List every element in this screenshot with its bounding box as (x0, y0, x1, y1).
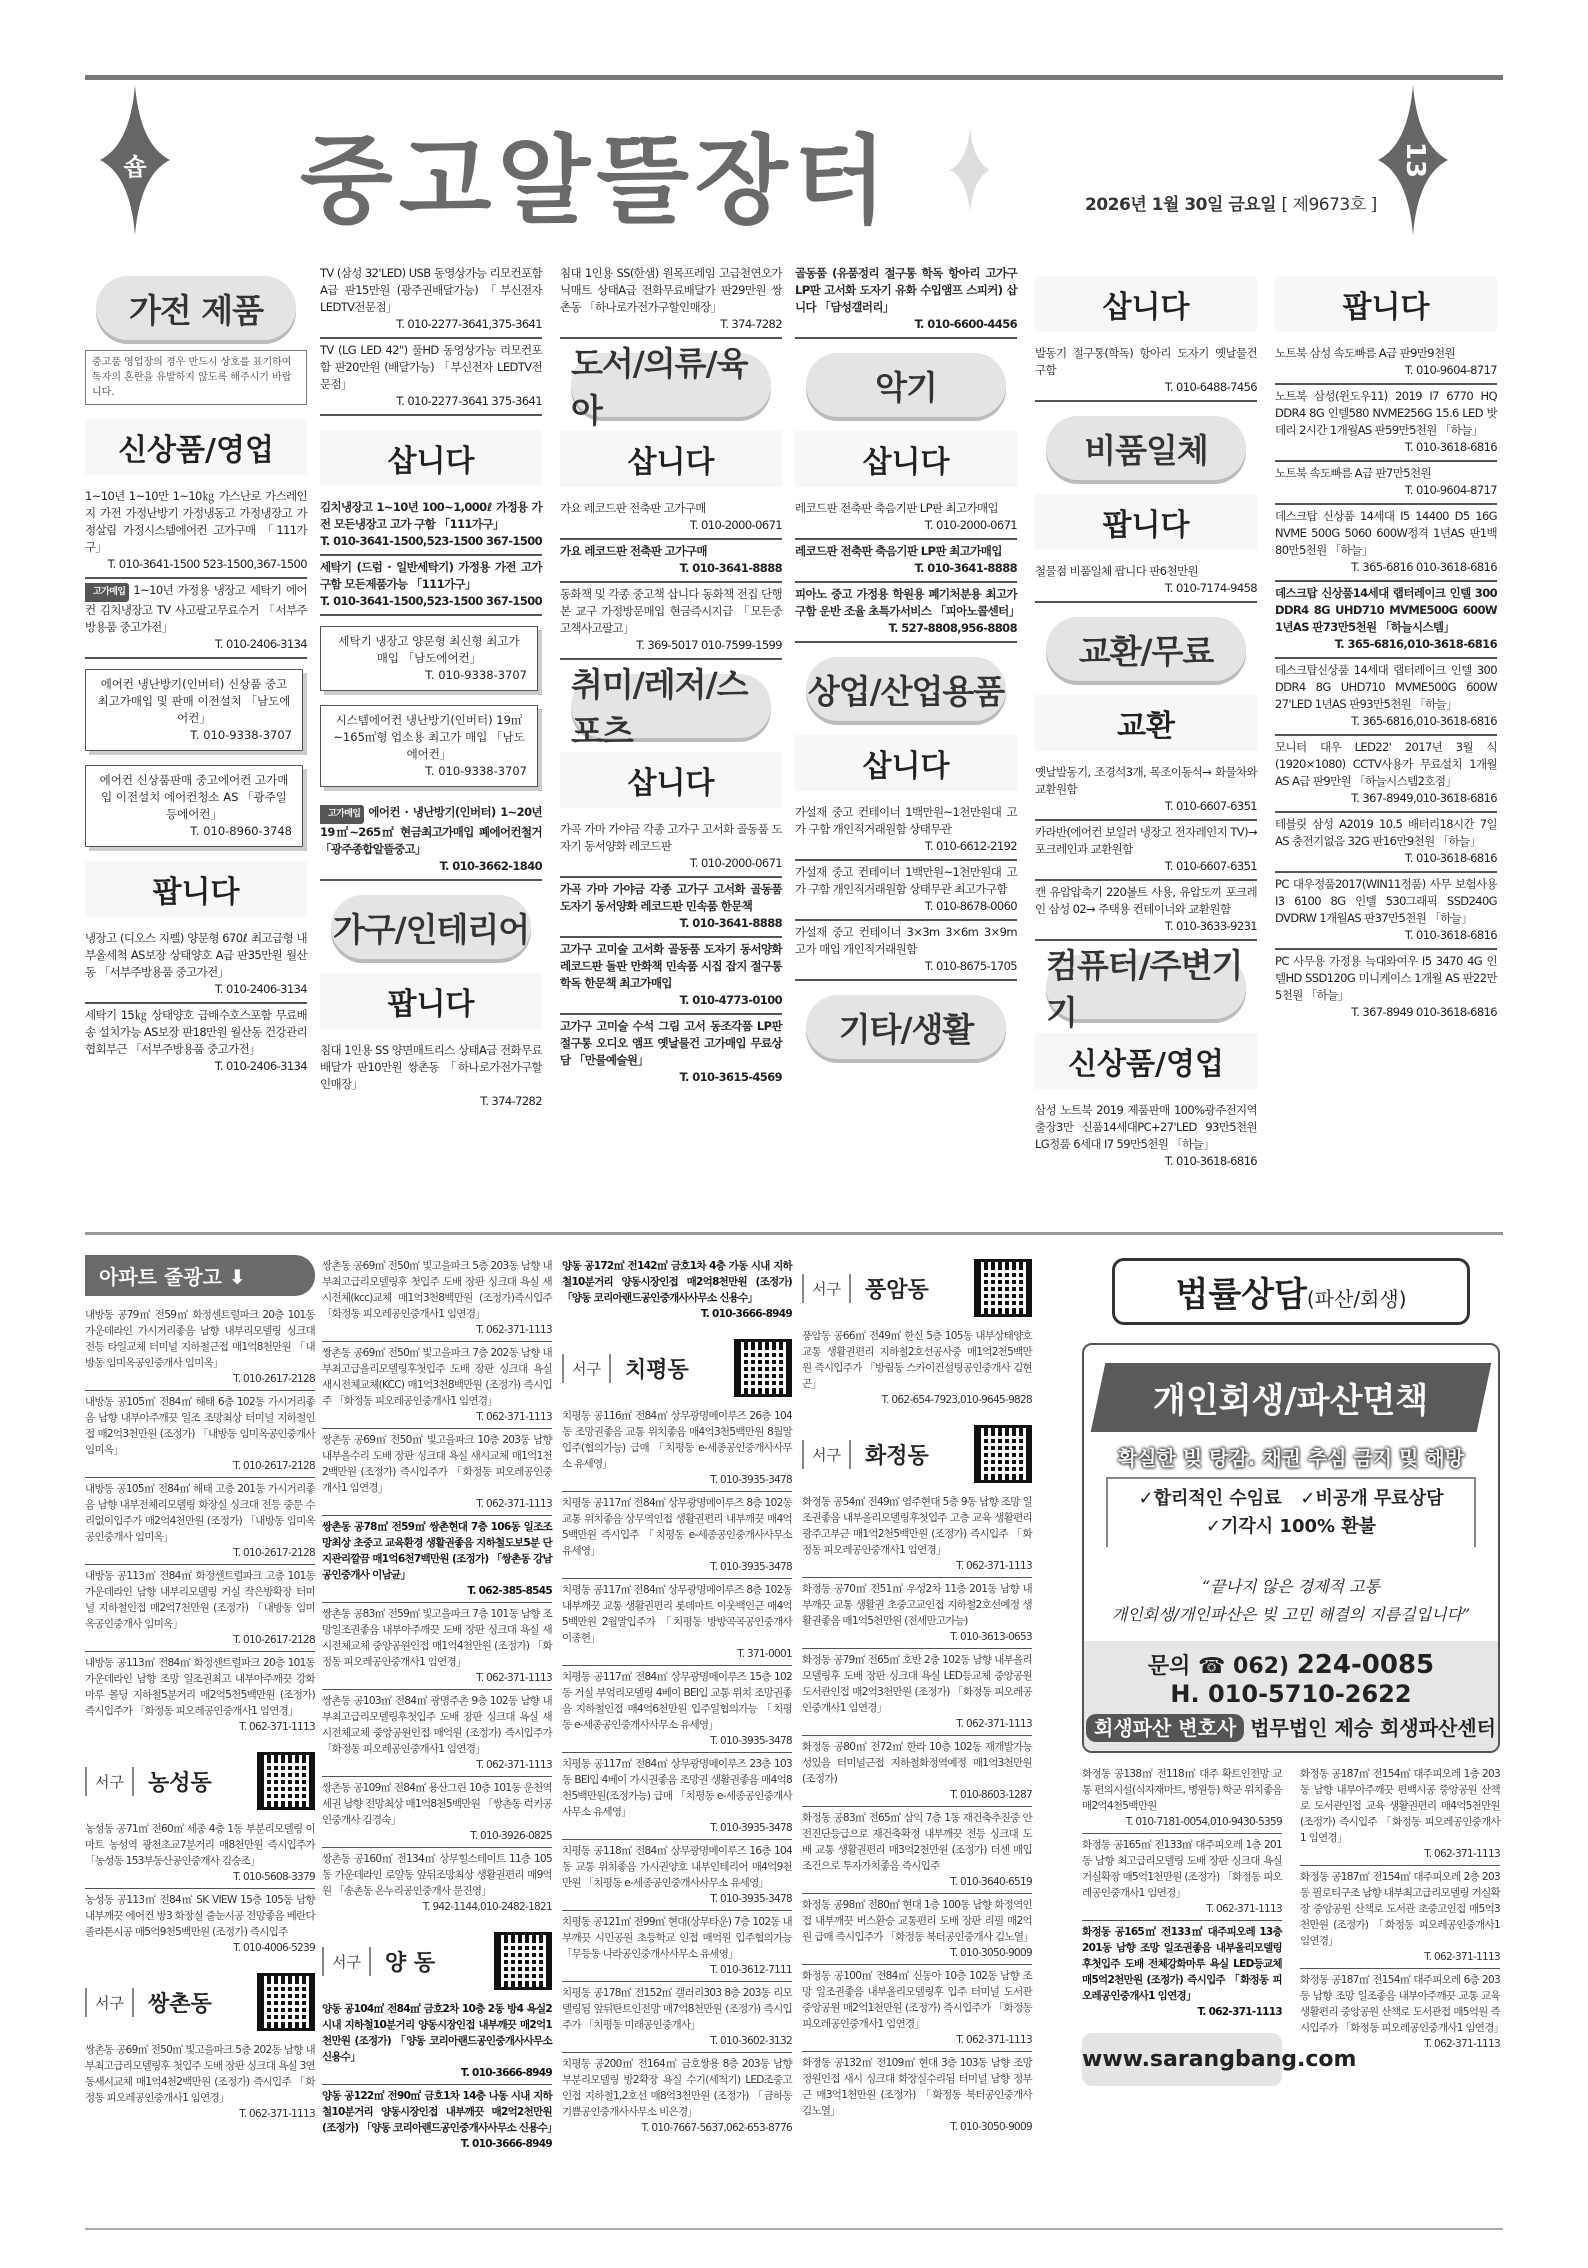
apartment-ad: 내방동 공113㎡ 전84㎡ 화정센트럴파크 고층 101동 가운데라인 남향 … (85, 1565, 315, 1652)
classified-ad: 가설재 중고 컨테이너 3×3m 3×6m 3×9m 고가 매입 개인직거래원함… (795, 921, 1017, 981)
classified-ad: 발동기 절구통(학독) 항아리 도자기 옛날물건 구함T. 010-6488-7… (1035, 342, 1257, 402)
notice-box: 중고품 영업장의 경우 반드시 상호를 표기하여 독자의 혼란을 유발하지 않도… (85, 350, 307, 405)
classified-ad: 가곡 가마 가야금 각종 고가구 고서화 골동품 도자기 동서양화 레코드판T.… (560, 818, 782, 878)
qr-code-icon[interactable] (974, 1425, 1032, 1483)
boxed-ad: 세탁기 냉장고 양문형 최신형 최고가 매입 「남도에어컨」T. 010-933… (320, 626, 538, 691)
classified-ad: 김치냉장고 1~10년 100~1,000ℓ 가정용 가전 모든냉장고 고가 구… (320, 496, 542, 556)
apartment-ad: 내방동 공113㎡ 전84㎡ 화정센트럴파크 20층 101동 가운데라인 남향… (85, 1652, 315, 1738)
category-header: 도서/의류/육아 (571, 353, 771, 417)
apartment-ad: 양동 공122㎡ 전90㎡ 금호1차 14층 나동 시내 지하철10분거리 양동… (322, 2085, 552, 2155)
apartment-ad: 화정동 공100㎡ 전84㎡ 신동아 10층 102동 남향 조망 일조권좋음 … (802, 1965, 1032, 2052)
classified-ad: 침대 1인용 SS(한샘) 원목프레임 고급천연오가닉매트 상태A급 전화무료배… (560, 262, 782, 339)
classified-ad: 철물점 비품일체 팝니다 판6천만원T. 010-7174-9458 (1035, 560, 1257, 603)
legal-title: 법률상담(파산/회생) (1112, 1258, 1470, 1325)
section-header: 신상품/영업 (1035, 1033, 1257, 1089)
apartment-column-b: 쌍촌동 공69㎡ 전50㎡ 빛고을파크 5층 203동 남향 내부최고급리모델링… (322, 1255, 552, 2155)
qr-code-icon[interactable] (257, 1973, 315, 2031)
boxed-ad: 에어컨 신상품판매 중고에어컨 고가매입 이전설치 에어컨청소 AS 「광주일등… (85, 765, 303, 847)
legal-subtitle: 확실한 빚 탕감. 채권 추심 금지 및 해방 (1084, 1442, 1498, 1471)
classified-ad: 데스크탑신상품 14세대 랩터레이크 인텔 300 DDR4 8G UHD710… (1275, 659, 1497, 736)
left-badge-glyph: 숍 (118, 147, 152, 182)
apartment-ad: 화정동 공98㎡ 전80㎡ 현대 1층 100동 남향 화정역인접 내부깨끗 버… (802, 1894, 1032, 1965)
classified-ad: 테블릿 삼성 A2019 10.5 배터리18시간 7일AS 충전기없음 32G… (1275, 813, 1497, 873)
apartment-column-d: 서구 풍암동 풍암동 공66㎡ 전49㎡ 한신 5층 105동 내부상태양호 교… (802, 1255, 1032, 2138)
section-header: 신상품/영업 (85, 419, 307, 475)
classified-ad: TV (LG LED 42") 풀HD 동영상가능 리모컨포함 판20만원 (배… (320, 339, 542, 416)
page-number: 13 (1400, 142, 1430, 178)
apartment-ad: 치평동 공117㎡ 전84㎡ 상무광명메이루즈 15층 102동 거실 부엌리모… (562, 1666, 792, 1753)
apartment-ad: 화정동 공187㎡ 전154㎡ 대주피오레 6층 203동 남향 조망 일조좋음… (1300, 1969, 1500, 2055)
classified-ad: 노트북 속도빠름 A급 판7만5천원T. 010-9604-8717 (1275, 462, 1497, 505)
apartment-ad: 치평동 공116㎡ 전84㎡ 상무광명메이루즈 26층 104동 조망권좋음 교… (562, 1405, 792, 1492)
apartment-ad: 화정동 공165㎡ 전133㎡ 대주피오레 1층 201동 남향 최고급리모델링… (1082, 1834, 1282, 1921)
apartment-ad: 쌍촌동 공69㎡ 전50㎡ 빛고을파크 10층 203동 남향 내부올수리 도배… (322, 1429, 552, 1516)
qr-code-icon[interactable] (734, 1339, 792, 1397)
apartment-ad: 화정동 공70㎡ 전51㎡ 우성2차 11층 201동 남향 내부깨끗 교통 생… (802, 1578, 1032, 1649)
classified-ad: 가설재 중고 컨테이너 1백만원~1천만원대 고가 구함 개인직거래원함 상태무… (795, 861, 1017, 921)
apartment-ad: 화정동 공187㎡ 전154㎡ 대주피오레 1층 203동 남향 내부아주깨끗 … (1300, 1763, 1500, 1866)
classified-ad: 고가구 고미술 수석 그림 고서 동조각품 LP판 절구통 오디오 앰프 옛날물… (560, 1015, 782, 1090)
apartment-ad: 쌍촌동 공103㎡ 전84㎡ 광명주촌 9층 102동 남향 내부최고급리모델링… (322, 1690, 552, 1777)
sparkle-icon (950, 120, 990, 220)
issue-date: 2026년 1월 30일 금요일 [ 제9673호 ] (1085, 190, 1377, 215)
classified-ad: 고가매입에어컨 · 냉난방기(인버터) 1~20년 19㎡~265㎡ 현금최고가… (320, 801, 542, 881)
section-header: 삽니다 (560, 752, 782, 808)
classified-ad: 레코드판 전축판 축음기판 LP판 최고가매입T. 010-2000-0671 (795, 497, 1017, 540)
apartment-ad: 농성동 공113㎡ 전84㎡ SK VIEW 15층 105동 남향 내부깨끗 … (85, 1889, 315, 1959)
section-header: 삽니다 (320, 430, 542, 486)
check-item: ✓비공개 무료상담 (1300, 1488, 1443, 1509)
apartment-ad: 치평동 공117㎡ 전84㎡ 상무광명메이루즈 23층 103동 BEI입 4베… (562, 1753, 792, 1840)
apartment-ad: 농성동 공71㎡ 전60㎡ 세종 4층 1동 부분리모델링 이마트 농성역 광천… (85, 1818, 315, 1889)
classified-ad: 고가매입1~10년 가정용 냉장고 세탁기 에어컨 김치냉장고 TV 사고팔고무… (85, 579, 307, 659)
classified-ad: 골동품 (유품정리 절구통 학독 항아리 고가구 LP판 고서화 도자기 유화 … (795, 262, 1017, 339)
classified-ad: 삼성 노트북 2019 제품판매 100%광주전지역 출장3만 신품14세대PC… (1035, 1099, 1257, 1174)
district-header: 서구 화정동 (802, 1425, 1032, 1483)
column-misc-computers: 삽니다 발동기 절구통(학독) 항아리 도자기 옛날물건 구함T. 010-64… (1035, 262, 1257, 1174)
classified-ad: 레코드판 전축판 축음기판 LP판 최고가매입T. 010-3641-8888 (795, 540, 1017, 583)
apartment-ad: 풍암동 공66㎡ 전49㎡ 한신 5층 105동 내부상태양호 교통 생활권편리… (802, 1325, 1032, 1411)
section-header: 교환 (1035, 695, 1257, 751)
section-header: 팝니다 (1275, 276, 1497, 332)
classified-ad: 피아노 중고 가정용 학원용 폐기처분용 최고가 구함 운반 조율 초특가서비스… (795, 583, 1017, 643)
apartment-ad: 쌍촌동 공78㎡ 전59㎡ 쌍촌현대 7층 106동 일조조망최상 초중고 교육… (322, 1516, 552, 1603)
category-header: 가전 제품 (96, 276, 296, 340)
column-home-appliances: 가전 제품 중고품 영업장의 경우 반드시 상호를 표기하여 독자의 혼란을 유… (85, 262, 307, 1079)
masthead-title: 중고알뜰장터 (300, 105, 892, 242)
classified-ad: 가설재 중고 컨테이너 1백만원~1천만원대 고가 구함 개인직거래원함 상태무… (795, 801, 1017, 861)
apartment-ad: 내방동 공105㎡ 전84㎡ 해태 고층 201동 가시거리좋음 남향 내부전체… (85, 1478, 315, 1565)
apartment-column-c: 양동 공172㎡ 전142㎡ 금호1차 4층 가동 시내 지하철10분거리 양동… (562, 1255, 792, 2139)
district-header: 서구 쌍촌동 (85, 1973, 315, 2031)
apartment-ad: 쌍촌동 공109㎡ 전84㎡ 용산그린 10층 101동 운천역세권 남향 전망… (322, 1777, 552, 1848)
classified-ad: 동화책 및 각종 중고책 삽니다 동화책 전집 단행본 교구 가정방문매입 현금… (560, 583, 782, 660)
apartment-ad: 치평동 공117㎡ 전84㎡ 상무광명메이루즈 8층 102동 교통 위치좋음 … (562, 1492, 792, 1579)
website-link[interactable]: www.sarangbang.com (1082, 2033, 1282, 2086)
legal-contact: 문의 ☎ 062) 224-0085 H. 010-5710-2622 회생파산… (1084, 1641, 1498, 1751)
category-header: 비품일체 (1046, 416, 1246, 480)
apartment-ad: 화정동 공54㎡ 전49㎡ 염주현대 5층 9동 남향 조망 일조권좋음 내부올… (802, 1491, 1032, 1578)
premium-buy-tag: 고가매입 (320, 805, 364, 824)
classified-ad: 침대 1인용 SS 양면매트리스 상태A급 전화무료배달가 판10만원 쌍촌동 … (320, 1039, 542, 1114)
classified-ad: PC 대우정품2017(WIN11정품) 사무 보험사용 I3 6100 8G … (1275, 873, 1497, 950)
section-header: 팝니다 (85, 861, 307, 917)
apartment-ad: 화정동 공132㎡ 전109㎡ 현대 3층 103동 남향 조망 정원인접 새시… (802, 2052, 1032, 2138)
arrow-down-circle-icon: ⬇ (229, 1265, 246, 1289)
classified-ad: 가요 레코드판 전축판 고가구매T. 010-3641-8888 (560, 540, 782, 583)
legal-benefits: ✓합리적인 수임료 ✓비공개 무료상담 ✓기각시 100% 환불 (1106, 1477, 1476, 1547)
district-header: 서구 치평동 (562, 1339, 792, 1397)
district-header: 서구 농성동 (85, 1752, 315, 1810)
column-instruments-industrial: 골동품 (유품정리 절구통 학독 항아리 고가구 LP판 고서화 도자기 유화 … (795, 262, 1017, 1069)
legal-box: 개인회생/파산면책 확실한 빚 탕감. 채권 추심 금지 및 해방 ✓합리적인 … (1082, 1343, 1500, 1753)
apartment-ad: 쌍촌동 공160㎡ 전134㎡ 상무힐스테이트 11층 105동 가운데라인 로… (322, 1848, 552, 1918)
apartment-ad: 쌍촌동 공69㎡ 전50㎡ 빛고을파크 7층 202동 남향 내부최고급올리모델… (322, 1342, 552, 1429)
section-header: 삽니다 (795, 431, 1017, 487)
apartment-ad: 치평동 공200㎡ 전164㎡ 금호쌍용 8층 203동 남향 부분리모델링 방… (562, 2053, 792, 2139)
category-header: 컴퓨터/주변기기 (1046, 955, 1246, 1019)
district-header: 서구 풍암동 (802, 1259, 1032, 1317)
qr-code-icon[interactable] (974, 1259, 1032, 1317)
mobile-number[interactable]: H. 010-5710-2622 (1084, 1680, 1498, 1708)
apartment-ad: 치평동 공118㎡ 전84㎡ 상무광명메이루즈 16층 104동 교통 위치좋음… (562, 1840, 792, 1911)
apartment-ad: 화정동 공187㎡ 전154㎡ 대주피오레 2층 203동 필로티구조 남향 내… (1300, 1866, 1500, 1969)
category-header: 취미/레저/스포츠 (571, 674, 771, 738)
lawyer-badge: 회생파산 변호사 (1086, 1714, 1244, 1742)
legal-bottom-columns: 화정동 공138㎡ 전118㎡ 대주 확트인전망 교통 편의시설(식자재마트, … (1082, 1763, 1500, 2086)
classified-ad: 노트북 삼성 속도빠름 A급 판9만9천원T. 010-9604-8717 (1275, 342, 1497, 385)
apartment-ad: 내방동 공79㎡ 전59㎡ 화정센트럴파크 20층 101동 가운데라인 가시거… (85, 1304, 315, 1391)
section-header: 삽니다 (795, 735, 1017, 791)
apartment-ad: 쌍촌동 공69㎡ 전50㎡ 빛고을파크 5층 202동 남향 내부최고급리모델링… (85, 2039, 315, 2125)
apartment-ad: 치평동 공178㎡ 전152㎡ 갤러리303 8층 203동 리모델링됨 앞뒤탄… (562, 1982, 792, 2053)
category-header: 악기 (806, 353, 1006, 417)
apartment-ad: 화정동 공138㎡ 전118㎡ 대주 확트인전망 교통 편의시설(식자재마트, … (1082, 1763, 1282, 1834)
classified-ad: 가요 레코드판 전축판 고가구매T. 010-2000-0671 (560, 497, 782, 540)
classified-ad: 옛날발동기, 조경석3개, 목조이동식→ 화물차와 교환원함T. 010-660… (1035, 761, 1257, 821)
category-header: 가구/인테리어 (331, 895, 531, 959)
apartment-ad: 화정동 공83㎡ 전65㎡ 삼익 7층 1동 재건축추진중 안전진단등급으로 재… (802, 1807, 1032, 1894)
boxed-ad: 시스템에어컨 냉난방기(인버터) 19㎡~165㎡형 업소용 최고가 매입 「남… (320, 705, 538, 787)
category-header: 기타/생활 (806, 995, 1006, 1059)
legal-quote: “끝나지 않은 경제적 고통 개인회생/개인파산은 빚 고민 해결의 지름길입니… (1092, 1573, 1490, 1629)
apartment-column-a: 아파트 줄광고 ⬇ 내방동 공79㎡ 전59㎡ 화정센트럴파크 20층 101동… (85, 1255, 315, 2125)
district-header: 서구 양 동 (322, 1932, 552, 1990)
apartment-ad: 화정동 공80㎡ 전72㎡ 한라 10층 102동 재개발가능성있음 터미널근접… (802, 1736, 1032, 1807)
apartment-ads-header: 아파트 줄광고 ⬇ (85, 1255, 315, 1296)
boxed-ad: 에어컨 냉난방기(인버터) 신상품 중고 최고가매입 및 판매 이전설치 「남도… (85, 669, 303, 751)
apartment-ad: 치평동 공121㎡ 전99㎡ 현대(상무타운) 7층 102동 내부깨끗 시민공… (562, 1911, 792, 1982)
classified-ad: PC 사무용 가정용 늑대와여우 I5 3470 4G 인텔HD SSD120G… (1275, 950, 1497, 1025)
apartment-ad: 화정동 공79㎡ 전65㎡ 호반 2층 102동 남향 내부올리모델링후 도배 … (802, 1649, 1032, 1736)
apartment-ad: 양동 공172㎡ 전142㎡ 금호1차 4층 가동 시내 지하철10분거리 양동… (562, 1255, 792, 1325)
classified-ad: 캔 유압압축기 220볼트 사용, 유압도끼 포크레인 삼성 02→ 주택용 컨… (1035, 881, 1257, 941)
classified-ad: 노트북 삼성(윈도우11) 2019 I7 6770 HQ DDR4 8G 인텔… (1275, 385, 1497, 462)
apartment-ad: 화정동 공165㎡ 전133㎡ 대주피오레 13층 201동 남향 조망 일조권… (1082, 1921, 1282, 2023)
qr-code-icon[interactable] (257, 1752, 315, 1810)
column-appliances-furniture: TV (삼성 32'LED) USB 동영상가능 리모컨포함 A급 판15만원 … (320, 262, 542, 1114)
qr-code-icon[interactable] (494, 1932, 552, 1990)
classified-ad: 세탁기 (드럼 · 일반세탁기) 가정용 가전 고가구함 모든제품가능 「111… (320, 556, 542, 616)
legal-consultation-ad: 법률상담(파산/회생) 개인회생/파산면책 확실한 빚 탕감. 채권 추심 금지… (1082, 1258, 1500, 2086)
bottom-rule (85, 2228, 1503, 2230)
check-item: ✓합리적인 수임료 (1139, 1488, 1282, 1509)
phone-number[interactable]: 224-0085 (1297, 1650, 1434, 1680)
classified-ad: 카라반(에어컨 보일러 냉장고 전자레인지 TV)→ 포크레인과 교환원함T. … (1035, 821, 1257, 881)
section-header: 삽니다 (1035, 276, 1257, 332)
classified-ad: 데스크탑 신상품14세대 랩터레이크 인텔 300 DDR4 8G UHD710… (1275, 582, 1497, 659)
classified-ad: 냉장고 (디오스 지펠) 양문형 670ℓ 최고급형 내부올세척 AS보장 상태… (85, 927, 307, 1004)
section-header: 팝니다 (320, 973, 542, 1029)
classified-ad: TV (삼성 32'LED) USB 동영상가능 리모컨포함 A급 판15만원 … (320, 262, 542, 339)
section-header: 삽니다 (560, 431, 782, 487)
section-divider (85, 1232, 1503, 1235)
apartment-ad: 쌍촌동 공83㎡ 전59㎡ 빛고을파크 7층 101동 남향 조망일조권좋음 내… (322, 1603, 552, 1690)
apartment-ad: 내방동 공105㎡ 전84㎡ 해태 6층 102동 가시거리좋음 남향 내부아주… (85, 1391, 315, 1478)
classified-ad: 고가구 고미술 고서화 골동품 도자기 동서양화 레코드판 돌판 만화책 민속품… (560, 938, 782, 1015)
column-books-hobby: 침대 1인용 SS(한샘) 원목프레임 고급천연오가닉매트 상태A급 전화무료배… (560, 262, 782, 1090)
section-header: 팝니다 (1035, 494, 1257, 550)
classified-ad: 모니터 대우 LED22' 2017년 3월 식(1920×1080) CCTV… (1275, 736, 1497, 813)
category-header: 상업/산업용품 (806, 657, 1006, 721)
premium-buy-tag: 고가매입 (85, 583, 129, 602)
apartment-ad: 양동 공104㎡ 전84㎡ 금호2차 10층 2동 방4 욕실2 시내 지하철1… (322, 1998, 552, 2085)
legal-banner: 개인회생/파산면책 (1091, 1363, 1492, 1432)
classified-ad: 가곡 가마 가야금 각종 고가구 고서화 골동품 도자기 동서양화 레코드판 민… (560, 878, 782, 938)
classified-ad: 데스크탑 신상품 14세대 I5 14400 D5 16G NVME 500G … (1275, 505, 1497, 582)
top-rule (85, 75, 1503, 80)
apartment-ad: 치평동 공117㎡ 전84㎡ 상무광명메이루즈 8층 102동 내부깨끗 교통 … (562, 1579, 792, 1666)
classified-ad: 1~10년 1~10만 1~10㎏ 가스난로 가스레인지 가전 가정난방기 가정… (85, 485, 307, 579)
column-computers-sell: 팝니다 노트북 삼성 속도빠름 A급 판9만9천원T. 010-9604-871… (1275, 262, 1497, 1025)
category-header: 교환/무료 (1046, 617, 1246, 681)
apartment-ad: 쌍촌동 공69㎡ 전50㎡ 빛고을파크 5층 203동 남향 내부최고급리모델링… (322, 1255, 552, 1342)
classified-ad: 세탁기 15㎏ 상태양호 급배수호스포함 무료배송 설치가능 AS보장 판18만… (85, 1004, 307, 1079)
check-item: ✓기각시 100% 환불 (1206, 1516, 1376, 1537)
